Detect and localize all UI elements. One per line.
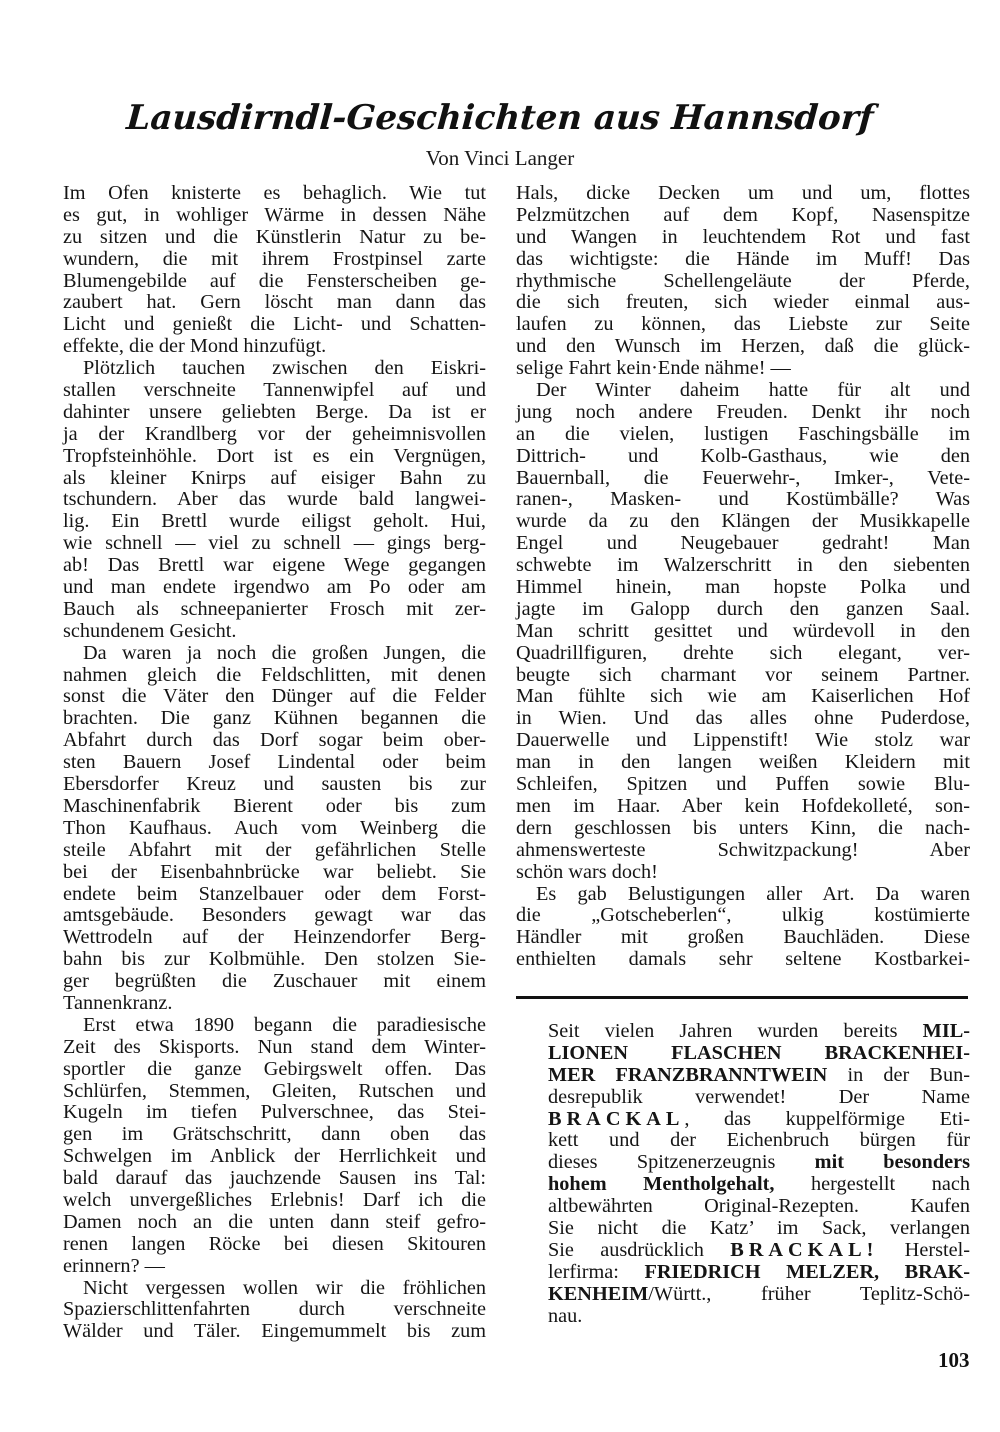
- text-line: Licht und genießt die Licht- und Schatte…: [63, 314, 486, 336]
- text-line: Hals, dicke Decken um und um, flottes: [516, 183, 970, 205]
- ad-line: Seit vielen Jahren wurden bereits MIL-: [548, 1021, 970, 1043]
- text-line: dern geschlossen bis unters Kinn, die na…: [516, 818, 970, 840]
- text-line: die „Gotscheberlen“, ulkig kostümierte: [516, 905, 970, 927]
- text-line: Schleifen, Spitzen und Puffen sowie Blu-: [516, 774, 970, 796]
- text-line: jagte im Galopp durch den ganzen Saal.: [516, 599, 970, 621]
- text-line: und man endete irgendwo am Po oder am: [63, 577, 486, 599]
- text-line: bald darauf das jauchzende Sausen ins Ta…: [63, 1168, 486, 1190]
- text-line: und den Wunsch im Herzen, daß die glück-: [516, 336, 970, 358]
- text-line: als kleiner Knirps auf eisiger Bahn zu: [63, 468, 486, 490]
- text-line: effekte, die der Mond hinzufügt.: [63, 336, 486, 358]
- text-line: schwebte im Walzerschritt in den siebent…: [516, 555, 970, 577]
- text-line: Blumengebilde auf die Fensterscheiben ge…: [63, 271, 486, 293]
- text-line: ja der Krandlberg vor der geheimnisvolle…: [63, 424, 486, 446]
- text-line: renen langen Röcke bei diesen Skitouren: [63, 1234, 486, 1256]
- text-line: beugte sich charmant vor seinem Partner.: [516, 665, 970, 687]
- text-line: Dauerwelle und Lippenstift! Wie stolz wa…: [516, 730, 970, 752]
- advertisement: Seit vielen Jahren wurden bereits MIL- L…: [548, 1021, 970, 1327]
- text-line: das wichtigste: die Hände im Muff! Das: [516, 249, 970, 271]
- ad-line: MER FRANZBRANNTWEIN in der Bun-: [548, 1065, 970, 1087]
- text-line: man in den langen weißen Kleidern mit: [516, 752, 970, 774]
- ad-line: Sie nicht die Katz’ im Sack, verlangen: [548, 1218, 970, 1240]
- text-line: in Wien. Und das alles ohne Puderdose,: [516, 708, 970, 730]
- text-line: Dittrich- und Kolb-Gasthaus, wie den: [516, 446, 970, 468]
- text-line: Händler mit großen Bauchläden. Diese: [516, 927, 970, 949]
- text-line: Spazierschlittenfahrten durch verschneit…: [63, 1299, 486, 1321]
- text-line: ab! Das Brettl war eigene Wege gegangen: [63, 555, 486, 577]
- text-line: Abfahrt durch das Dorf sogar beim ober-: [63, 730, 486, 752]
- text-line: Damen noch an die unten dann steif gefro…: [63, 1212, 486, 1234]
- text-line: lig. Ein Brettl wurde eiligst geholt. Hu…: [63, 511, 486, 533]
- text-line: wurde da zu den Klängen der Musikkapelle: [516, 511, 970, 533]
- text-line: zaubert hat. Gern löscht man dann das: [63, 292, 486, 314]
- text-line: ger begrüßten die Zuschauer mit einem: [63, 971, 486, 993]
- text-line: Engel und Neugebauer gedraht! Man: [516, 533, 970, 555]
- text-line: schundenem Gesicht.: [63, 621, 486, 643]
- section-divider: [516, 996, 968, 999]
- text-line: Tropfsteinhöhle. Dort ist es ein Vergnüg…: [63, 446, 486, 468]
- text-line: men im Haar. Aber kein Hofdekolleté, son…: [516, 796, 970, 818]
- article-byline: Von Vinci Langer: [0, 146, 1000, 171]
- text-line: Quadrillfiguren, drehte sich elegant, ve…: [516, 643, 970, 665]
- text-line: Man fühlte sich wie am Kaiserlichen Hof: [516, 686, 970, 708]
- text-line: Maschinenfabrik Bierent oder bis zum: [63, 796, 486, 818]
- text-line: sonst die Väter den Dünger auf die Felde…: [63, 686, 486, 708]
- text-line: Thon Kaufhaus. Auch vom Weinberg die: [63, 818, 486, 840]
- text-line: Ebersdorfer Kreuz und sausten bis zur: [63, 774, 486, 796]
- text-line: selige Fahrt kein·Ende nähme! —: [516, 358, 970, 380]
- ad-line: desrepublik verwendet! Der Name: [548, 1087, 970, 1109]
- ad-line: lerfirma: FRIEDRICH MELZER, BRAK-: [548, 1262, 970, 1284]
- text-line: ahmenswerteste Schwitzpackung! Aber: [516, 840, 970, 862]
- text-line: Im Ofen knisterte es behaglich. Wie tut: [63, 183, 486, 205]
- text-line: Der Winter daheim hatte für alt und: [516, 380, 970, 402]
- ad-line: hohem Mentholgehalt, hergestellt nach: [548, 1174, 970, 1196]
- text-line: Schlürfen, Stemmen, Gleiten, Rutschen un…: [63, 1081, 486, 1103]
- ad-line: BRACKAL, das kuppelförmige Eti-: [548, 1109, 970, 1131]
- text-line: steile Abfahrt mit der gefährlichen Stel…: [63, 840, 486, 862]
- page-number: 103: [938, 1348, 970, 1373]
- text-line: Tannenkranz.: [63, 993, 486, 1015]
- text-line: Kugeln im tiefen Pulverschnee, das Stei-: [63, 1102, 486, 1124]
- ad-line: dieses Spitzenerzeugnis mit besonders: [548, 1152, 970, 1174]
- text-line: bei der Eisenbahnbrücke war beliebt. Sie: [63, 862, 486, 884]
- text-line: sportler die ganze Gebirgswelt offen. Da…: [63, 1059, 486, 1081]
- ad-line: altbewährten Original-Rezepten. Kaufen: [548, 1196, 970, 1218]
- left-column: Im Ofen knisterte es behaglich. Wie tut …: [63, 183, 486, 1343]
- article-title: Lausdirndl-Geschichten aus Hannsdorf: [0, 98, 1000, 138]
- right-column: Hals, dicke Decken um und um, flottes Pe…: [516, 183, 970, 971]
- text-line: Da waren ja noch die großen Jungen, die: [63, 643, 486, 665]
- text-line: Plötzlich tauchen zwischen den Eiskri-: [63, 358, 486, 380]
- text-line: enthielten damals sehr seltene Kostbarke…: [516, 949, 970, 971]
- text-line: es gut, in wohliger Wärme in dessen Nähe: [63, 205, 486, 227]
- text-line: wie schnell — viel zu schnell — gings be…: [63, 533, 486, 555]
- text-line: brachten. Die ganz Kühnen begannen die: [63, 708, 486, 730]
- ad-line: LIONEN FLASCHEN BRACKENHEI-: [548, 1043, 970, 1065]
- text-line: schön wars doch!: [516, 862, 970, 884]
- text-line: Nicht vergessen wollen wir die fröhliche…: [63, 1278, 486, 1300]
- text-line: Wälder und Täler. Eingemummelt bis zum: [63, 1321, 486, 1343]
- brand-name: BRACKAL!: [730, 1239, 878, 1261]
- text-line: Bauch als schneepanierter Frosch mit zer…: [63, 599, 486, 621]
- text-line: Erst etwa 1890 begann die paradiesische: [63, 1015, 486, 1037]
- text-line: laufen zu können, das Liebste zur Seite: [516, 314, 970, 336]
- text-line: dahinter unsere geliebten Berge. Da ist …: [63, 402, 486, 424]
- text-line: zu sitzen und die Künstlerin Natur zu be…: [63, 227, 486, 249]
- text-line: die sich freuten, sich wieder einmal aus…: [516, 292, 970, 314]
- ad-line: kett und der Eichenbruch bürgen für: [548, 1130, 970, 1152]
- ad-line: nau.: [548, 1306, 970, 1328]
- text-line: Es gab Belustigungen aller Art. Da waren: [516, 884, 970, 906]
- text-line: Bauernball, die Feuerwehr-, Imker-, Vete…: [516, 468, 970, 490]
- text-line: stallen verschneite Tannenwipfel auf und: [63, 380, 486, 402]
- text-line: Man schritt gesittet und würdevoll in de…: [516, 621, 970, 643]
- text-line: rhythmische Schellengeläute der Pferde,: [516, 271, 970, 293]
- ad-line: KENHEIM/Württ., früher Teplitz-Schö-: [548, 1284, 970, 1306]
- text-line: gen im Grätschschritt, dann oben das: [63, 1124, 486, 1146]
- ad-line: Sie ausdrücklich BRACKAL! Herstel-: [548, 1240, 970, 1262]
- text-line: welch unvergeßliches Erlebnis! Darf ich …: [63, 1190, 486, 1212]
- text-line: ranen-, Masken- und Kostümbälle? Was: [516, 489, 970, 511]
- brand-name: BRACKAL: [548, 1108, 684, 1130]
- text-line: Himmel hinein, man hopste Polka und: [516, 577, 970, 599]
- text-line: jung noch andere Freuden. Denkt ihr noch: [516, 402, 970, 424]
- text-line: sten Bauern Josef Lindental oder beim: [63, 752, 486, 774]
- text-line: Wettrodeln auf der Heinzendorfer Berg-: [63, 927, 486, 949]
- text-line: tschundern. Aber das wurde bald langwei-: [63, 489, 486, 511]
- text-line: bahn bis zur Kolbmühle. Den stolzen Sie-: [63, 949, 486, 971]
- text-line: wundern, die mit ihrem Frostpinsel zarte: [63, 249, 486, 271]
- text-line: Schwelgen im Anblick der Herrlichkeit un…: [63, 1146, 486, 1168]
- text-line: Zeit des Skisports. Nun stand dem Winter…: [63, 1037, 486, 1059]
- text-line: Pelzmützchen auf dem Kopf, Nasenspitze: [516, 205, 970, 227]
- text-line: an die vielen, lustigen Faschingsbälle i…: [516, 424, 970, 446]
- text-line: amtsgebäude. Besonders gewagt war das: [63, 905, 486, 927]
- text-line: nahmen gleich die Feldschlitten, mit den…: [63, 665, 486, 687]
- text-line: endete beim Stanzelbauer oder dem Forst-: [63, 884, 486, 906]
- text-line: und Wangen in leuchtendem Rot und fast: [516, 227, 970, 249]
- text-line: erinnern? —: [63, 1256, 486, 1278]
